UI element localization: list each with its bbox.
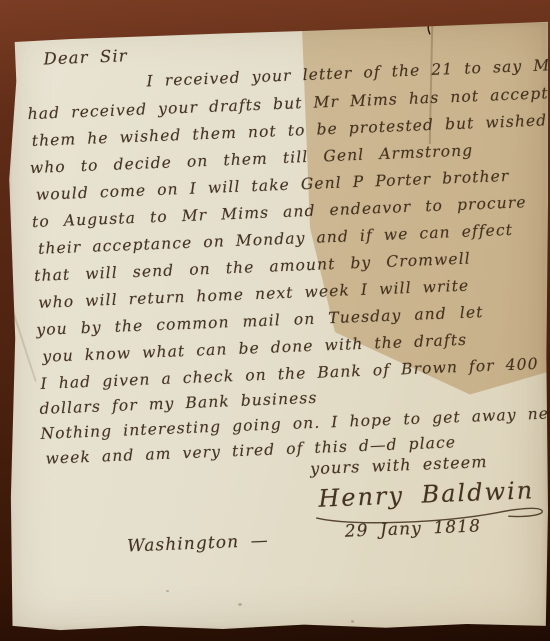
salutation: Dear Sir bbox=[43, 46, 128, 68]
letter-paper-sheet: Dear Sir I received your letter of the 2… bbox=[6, 20, 548, 632]
letter-photograph: Dear Sir I received your letter of the 2… bbox=[0, 0, 550, 641]
handwritten-text-block: Dear Sir I received your letter of the 2… bbox=[0, 0, 550, 633]
letter-line: dollars for my Bank business bbox=[39, 389, 318, 418]
paper-speck bbox=[351, 620, 354, 623]
date-line: 29 Jany 1818 bbox=[344, 516, 481, 541]
place-line: Washington — bbox=[127, 531, 269, 557]
letter-line: I received your letter of the 21 to say … bbox=[146, 54, 550, 91]
